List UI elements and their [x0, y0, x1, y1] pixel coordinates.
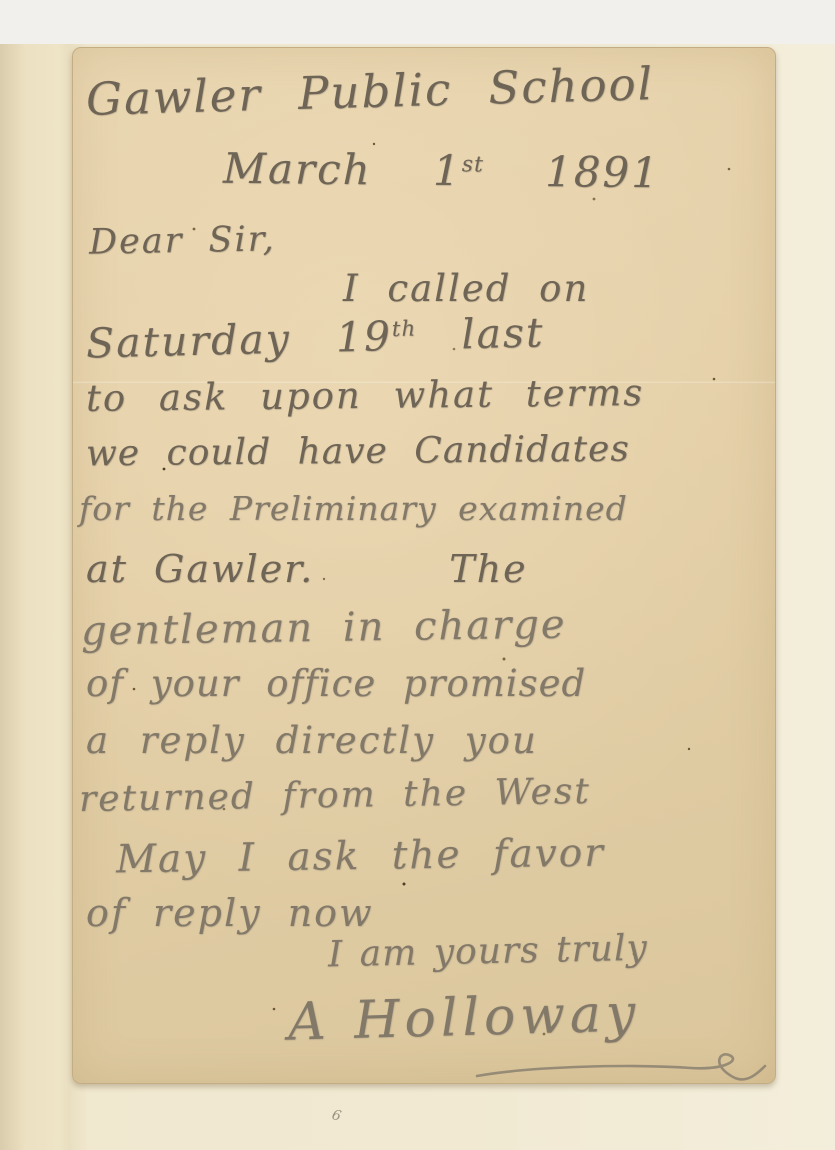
date-ordinal-superscript: st — [462, 152, 484, 177]
paper-speckles — [73, 48, 75, 50]
salutation-line: Dear Sir, — [89, 222, 276, 260]
signature: A Holloway — [287, 987, 640, 1048]
body-line-office: of your office promised — [86, 665, 586, 702]
body-line-of-reply: of reply now — [86, 894, 374, 932]
body-line-at-gawler: at Gawler.The — [86, 550, 528, 588]
saturday-suffix: last — [461, 308, 545, 358]
saturday-date: Saturday 19 — [85, 312, 392, 367]
signature-underline-flourish — [473, 1050, 773, 1090]
letter-paper: Gawler Public School March 1st 1891 Dear… — [72, 47, 776, 1084]
body-line-favor: May I ask the favor — [116, 834, 605, 880]
date-year: 1891 — [545, 147, 660, 197]
closing-line: I am yours truly — [328, 931, 648, 974]
date-day: March 1 — [223, 144, 462, 195]
body-line-terms: to ask upon what terms — [86, 374, 645, 417]
heading-date-line: March 1st 1891 — [223, 148, 660, 195]
heading-school-line: Gawler Public School — [85, 61, 654, 122]
body-line-saturday: Saturday 19th last — [86, 312, 545, 364]
body-line-returned: returned from the West — [79, 774, 591, 818]
body-line-candidates: we could have Candidates — [86, 432, 630, 473]
the-text: The — [449, 547, 527, 591]
at-gawler-text: at Gawler. — [86, 547, 314, 591]
body-line-gentleman: gentleman in charge — [81, 605, 567, 652]
body-line-reply: a reply directly you — [86, 722, 538, 759]
body-line-called: I called on — [343, 270, 589, 307]
saturday-ordinal-superscript: th — [392, 317, 417, 343]
body-line-preliminary: for the Preliminary examined — [79, 492, 628, 525]
scanned-letter-page: { "scan": { "background_color": "#f2f0ec… — [0, 0, 835, 1150]
